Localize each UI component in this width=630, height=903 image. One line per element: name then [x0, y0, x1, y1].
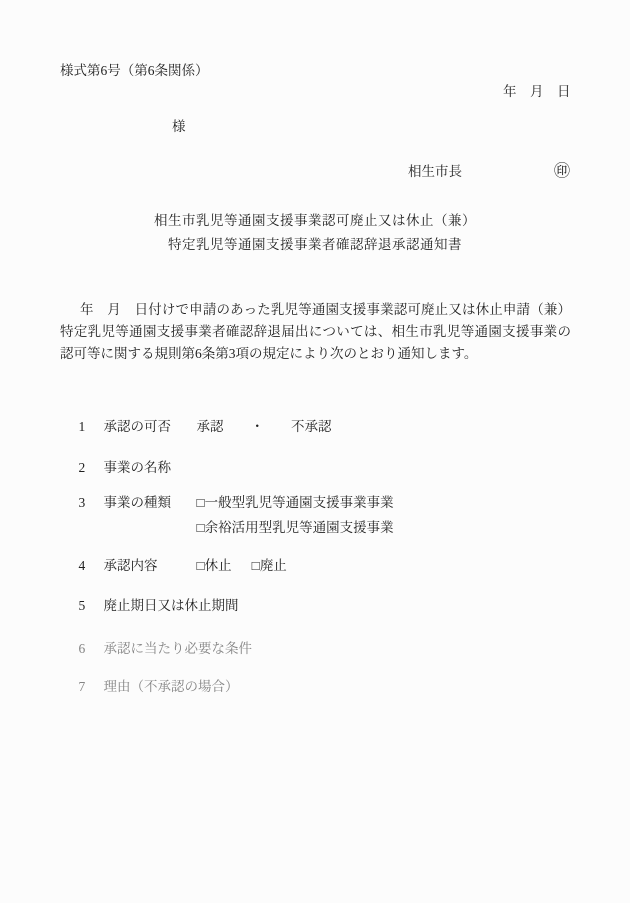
- item-row-reason: 7理由（不承認の場合）: [65, 659, 239, 711]
- checkbox-icon: □: [197, 520, 205, 535]
- checkbox-option-label: 休止: [205, 558, 232, 573]
- checkbox-icon: □: [197, 558, 205, 573]
- checkbox-option: □廃止: [252, 558, 287, 573]
- body-paragraph: 年 月 日付けで申請のあった乳児等通園支援事業認可廃止又は休止申請（兼）特定乳児…: [60, 299, 571, 365]
- item-label: 承認内容: [104, 554, 197, 574]
- item-label: 理由（不承認の場合）: [104, 679, 239, 694]
- item-number: 1: [79, 419, 104, 435]
- item-number: 4: [79, 558, 104, 574]
- item-label: 承認に当たり必要な条件: [104, 641, 253, 656]
- form-number: 様式第6号（第6条関係）: [60, 59, 209, 79]
- document-title: 相生市乳児等通園支援事業認可廃止又は休止（兼） 特定乳児等通園支援事業者確認辞退…: [0, 209, 630, 257]
- addressee-honorific: 様: [172, 115, 186, 135]
- checkbox-option-label: 余裕活用型乳児等通園支援事業: [205, 520, 394, 535]
- item-number: 5: [79, 598, 104, 614]
- item-number: 3: [79, 495, 104, 511]
- document-page: 様式第6号（第6条関係） 年 月 日 様 相生市長 ㊞ 相生市乳児等通園支援事業…: [0, 0, 630, 903]
- item-number: 2: [79, 460, 104, 476]
- item-number: 7: [79, 679, 104, 695]
- item-label: 廃止期日又は休止期間: [104, 598, 239, 613]
- item-value: 承認 ・ 不承認: [197, 419, 332, 434]
- sender-title: 相生市長: [408, 160, 462, 180]
- seal-mark-icon: ㊞: [554, 158, 570, 181]
- checkbox-option: □余裕活用型乳児等通園支援事業: [197, 520, 394, 535]
- document-title-line2: 特定乳児等通園支援事業者確認辞退承認通知書: [0, 233, 630, 257]
- document-title-line1: 相生市乳児等通園支援事業認可廃止又は休止（兼）: [0, 209, 630, 233]
- item-number: 6: [79, 641, 104, 657]
- checkbox-option: □休止: [197, 558, 232, 573]
- item-label: 承認の可否: [104, 415, 197, 435]
- checkbox-option-label: 廃止: [260, 558, 287, 573]
- checkbox-icon: □: [252, 558, 260, 573]
- date-line: 年 月 日: [503, 80, 571, 100]
- item-label: 事業の名称: [104, 456, 197, 476]
